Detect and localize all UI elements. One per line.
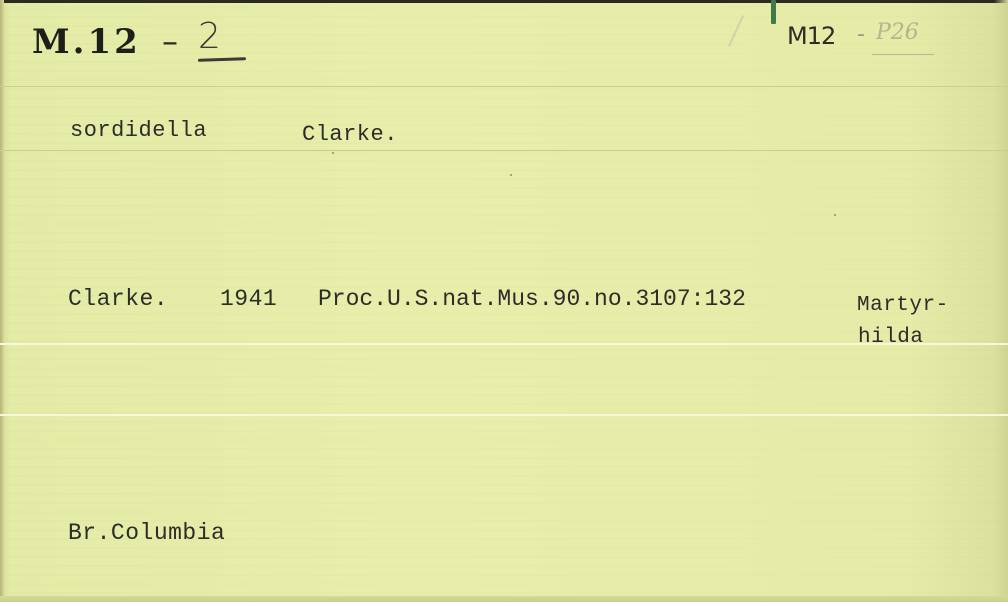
card-left-edge	[0, 0, 4, 602]
species-name: sordidella	[70, 118, 207, 143]
top-right-faint-annotation: P26	[876, 20, 919, 45]
ruled-line	[0, 343, 1008, 345]
locality: Br.Columbia	[68, 520, 225, 546]
green-tab-mark	[771, 0, 776, 24]
pencil-mark	[728, 15, 744, 47]
card-bottom-edge	[0, 596, 1008, 602]
reference-citation: Proc.U.S.nat.Mus.90.no.3107:132	[318, 286, 746, 312]
faint-underline	[872, 54, 934, 55]
card-right-edge	[994, 0, 1008, 602]
paper-speck	[834, 214, 836, 216]
ruled-line	[0, 86, 1008, 87]
catalog-dash: –	[162, 22, 178, 60]
ruled-line	[0, 414, 1008, 416]
catalog-number-handwritten: 2	[198, 16, 221, 57]
index-card: M.12 – 2 M12 - P26 sordidella Clarke. Cl…	[0, 0, 1008, 602]
catalog-code: M.12	[32, 22, 141, 62]
top-right-dash: -	[857, 22, 865, 47]
reference-genus-line-1: Martyr-	[857, 294, 949, 317]
paper-speck	[332, 152, 334, 154]
ruled-line	[0, 150, 1008, 151]
handwritten-underline	[198, 57, 246, 62]
species-author: Clarke.	[302, 122, 398, 147]
reference-genus-line-2: hilda	[858, 326, 924, 349]
card-top-edge	[0, 0, 1008, 3]
top-right-reference: M12	[787, 22, 835, 50]
paper-speck	[510, 174, 512, 176]
reference-author: Clarke.	[68, 286, 168, 312]
reference-year: 1941	[220, 286, 277, 312]
